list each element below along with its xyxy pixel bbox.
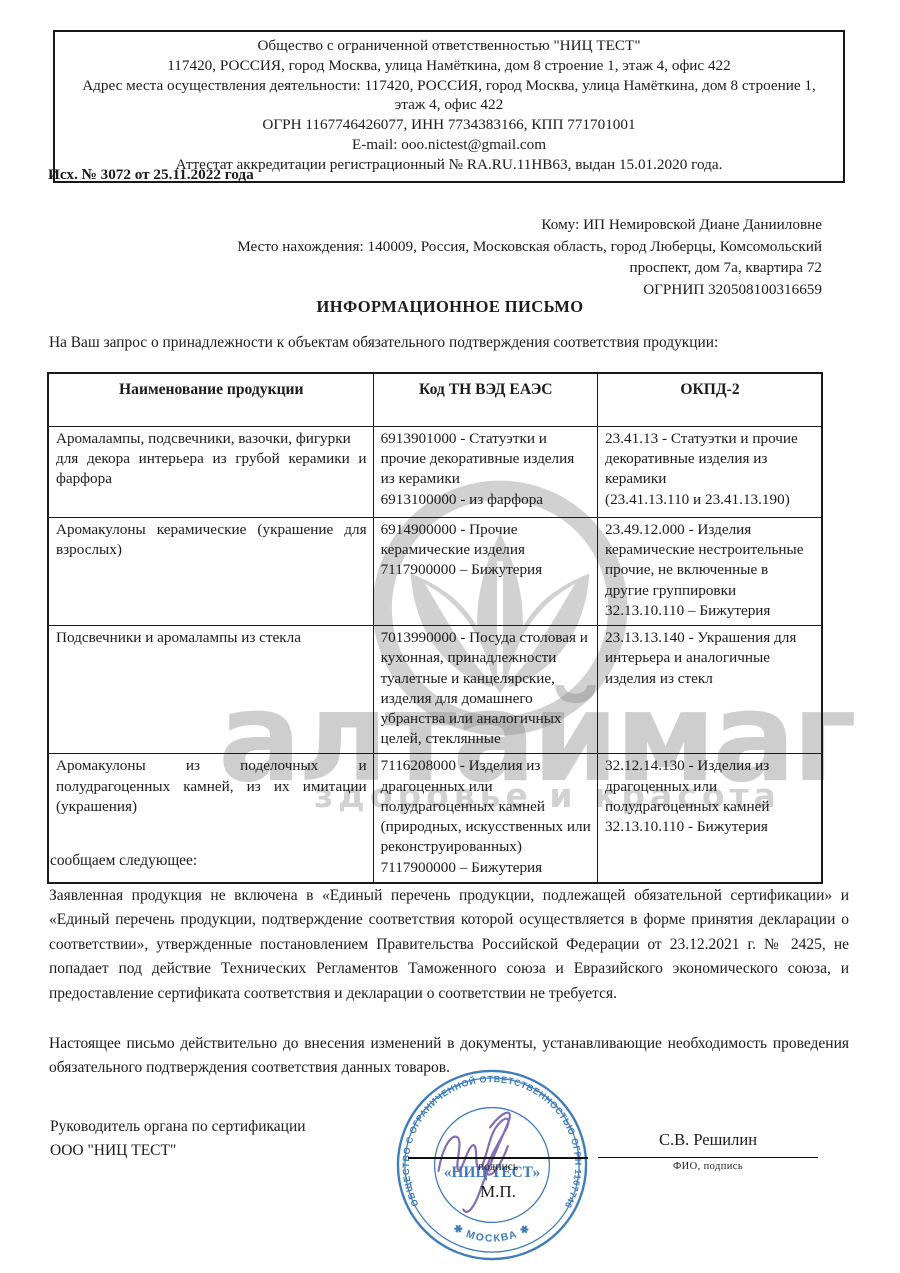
tnved-code-cell: 6913901000 - Статуэтки и прочие декорати… — [373, 427, 597, 518]
intro-paragraph: На Ваш запрос о принадлежности к объекта… — [49, 334, 849, 352]
signature-line-left — [408, 1157, 588, 1159]
letterhead-company: Общество с ограниченной ответственностью… — [67, 36, 831, 56]
table-row: Подсвечники и аромалампы из стекла 70139… — [48, 626, 822, 754]
signature-caption-right: ФИО, подпись — [598, 1161, 818, 1172]
column-header-tnved-code: Код ТН ВЭД ЕАЭС — [373, 373, 597, 427]
product-name-cell: Аромакулоны керамические (украшение для … — [48, 518, 373, 626]
column-header-product-name: Наименование продукции — [48, 373, 373, 427]
page-title: ИНФОРМАЦИОННОЕ ПИСЬМО — [0, 297, 900, 317]
letterhead-box: Общество с ограниченной ответственностью… — [53, 30, 845, 183]
product-name-cell: Подсвечники и аромалампы из стекла — [48, 626, 373, 754]
letterhead-registration: ОГРН 1167746426077, ИНН 7734383166, КПП … — [67, 115, 831, 135]
products-table: Наименование продукции Код ТН ВЭД ЕАЭС О… — [47, 372, 823, 884]
stamp-place-label: М.П. — [408, 1182, 588, 1202]
okpd2-code-cell: 23.13.13.140 - Украшения для интерьера и… — [598, 626, 822, 754]
body-paragraph-1: Заявленная продукция не включена в «Един… — [49, 884, 849, 1006]
table-header-row: Наименование продукции Код ТН ВЭД ЕАЭС О… — [48, 373, 822, 427]
letterhead-address: 117420, РОССИЯ, город Москва, улица Намё… — [67, 56, 831, 76]
column-header-okpd2: ОКПД-2 — [598, 373, 822, 427]
product-name-cell: Аромалампы, подсвечники, вазочки, фигурк… — [48, 427, 373, 518]
recipient-location: Место нахождения: 140009, Россия, Москов… — [237, 236, 822, 279]
signatory-role: Руководитель органа по сертификации ООО … — [50, 1115, 306, 1163]
outgoing-reference: Исх. № 3072 от 25.11.2022 года — [48, 166, 254, 184]
tnved-code-cell: 7013990000 - Посуда столовая и кухонная,… — [373, 626, 597, 754]
signatory-role-line2: ООО "НИЦ ТЕСТ" — [50, 1139, 306, 1163]
okpd2-code-cell: 32.12.14.130 - Изделия из драгоценных ил… — [598, 754, 822, 884]
recipient-block: Кому: ИП Немировской Диане Данииловне Ме… — [237, 214, 822, 300]
okpd2-code-cell: 23.41.13 - Статуэтки и прочие декоративн… — [598, 427, 822, 518]
letterhead-activity-address: Адрес места осуществления деятельности: … — [67, 76, 831, 116]
letterhead-email: E-mail: ooo.nictest@gmail.com — [67, 135, 831, 155]
recipient-to: Кому: ИП Немировской Диане Данииловне — [237, 214, 822, 236]
svg-text:✱ МОСКВА ✱: ✱ МОСКВА ✱ — [451, 1223, 533, 1245]
signature-caption-left: подпись — [408, 1161, 588, 1173]
okpd2-code-cell: 23.49.12.000 - Изделия керамические нест… — [598, 518, 822, 626]
signer-name: С.В. Решилин — [598, 1130, 818, 1150]
table-row: Аромалампы, подсвечники, вазочки, фигурк… — [48, 427, 822, 518]
document-page: алтаймаг здоровье и красота Общество с о… — [0, 0, 900, 1273]
tnved-code-cell: 7116208000 - Изделия из драгоценных или … — [373, 754, 597, 884]
tnved-code-cell: 6914900000 - Прочие керамические изделия… — [373, 518, 597, 626]
signatory-role-line1: Руководитель органа по сертификации — [50, 1115, 306, 1139]
table-row: Аромакулоны керамические (украшение для … — [48, 518, 822, 626]
signature-line-right — [598, 1157, 818, 1158]
stamp-city-text: ✱ МОСКВА ✱ — [451, 1223, 533, 1245]
body-lead-line: сообщаем следующее: — [50, 852, 197, 870]
